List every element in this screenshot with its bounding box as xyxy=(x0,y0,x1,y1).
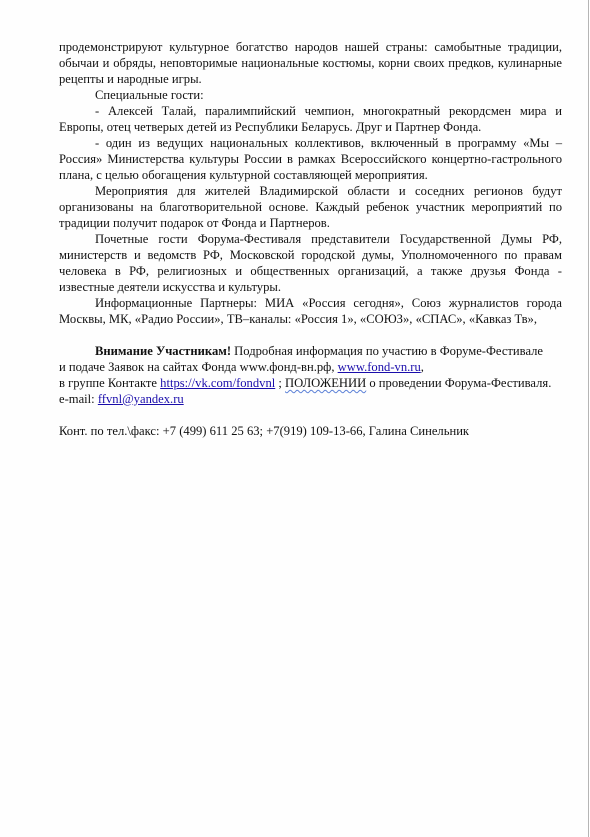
email-line: e-mail: ffvnl@yandex.ru xyxy=(59,391,562,407)
spellcheck-word-polozhenii: ПОЛОЖЕНИИ xyxy=(285,376,366,390)
notice-line-3-suffix: о проведении Форума-Фестиваля. xyxy=(366,376,551,390)
blank-line xyxy=(59,407,562,423)
notice-line-3: в группе Контакте https://vk.com/fondvnl… xyxy=(59,375,562,391)
paragraph-info-partners: Информационные Партнеры: МИА «Россия сег… xyxy=(59,295,562,327)
document-body: продемонстрируют культурное богатство на… xyxy=(59,39,562,439)
paragraph-honored-guests: Почетные гости Форума-Фестиваля представ… xyxy=(59,231,562,295)
email-link[interactable]: ffvnl@yandex.ru xyxy=(98,392,184,406)
notice-line-2: и подаче Заявок на сайтах Фонда www.фонд… xyxy=(59,359,562,375)
paragraph-charity-events: Мероприятия для жителей Владимирской обл… xyxy=(59,183,562,231)
document-page: продемонстрируют культурное богатство на… xyxy=(0,0,589,837)
notice-line-2-text: и подаче Заявок на сайтах Фонда www.фонд… xyxy=(59,360,338,374)
paragraph-special-guests-heading: Специальные гости: xyxy=(59,87,562,103)
notice-line-1: Внимание Участникам! Подробная информаци… xyxy=(59,343,562,359)
notice-line-2-suffix: , xyxy=(421,360,424,374)
paragraph-guest-collective: - один из ведущих национальных коллектив… xyxy=(59,135,562,183)
contact-line: Конт. по тел.\факс: +7 (499) 611 25 63; … xyxy=(59,423,562,439)
notice-line-3-text: в группе Контакте xyxy=(59,376,160,390)
paragraph-guest-talai: - Алексей Талай, паралимпийский чемпион,… xyxy=(59,103,562,135)
email-label: e-mail: xyxy=(59,392,98,406)
vk-link[interactable]: https://vk.com/fondvnl xyxy=(160,376,275,390)
site-link[interactable]: www.fond-vn.ru xyxy=(338,360,421,374)
notice-line-3-separator: ; xyxy=(275,376,285,390)
notice-bold-label: Внимание Участникам! xyxy=(95,344,231,358)
paragraph-cultural-wealth: продемонстрируют культурное богатство на… xyxy=(59,39,562,87)
blank-line xyxy=(59,327,562,343)
notice-line-1-text: Подробная информация по участию в Форуме… xyxy=(231,344,543,358)
